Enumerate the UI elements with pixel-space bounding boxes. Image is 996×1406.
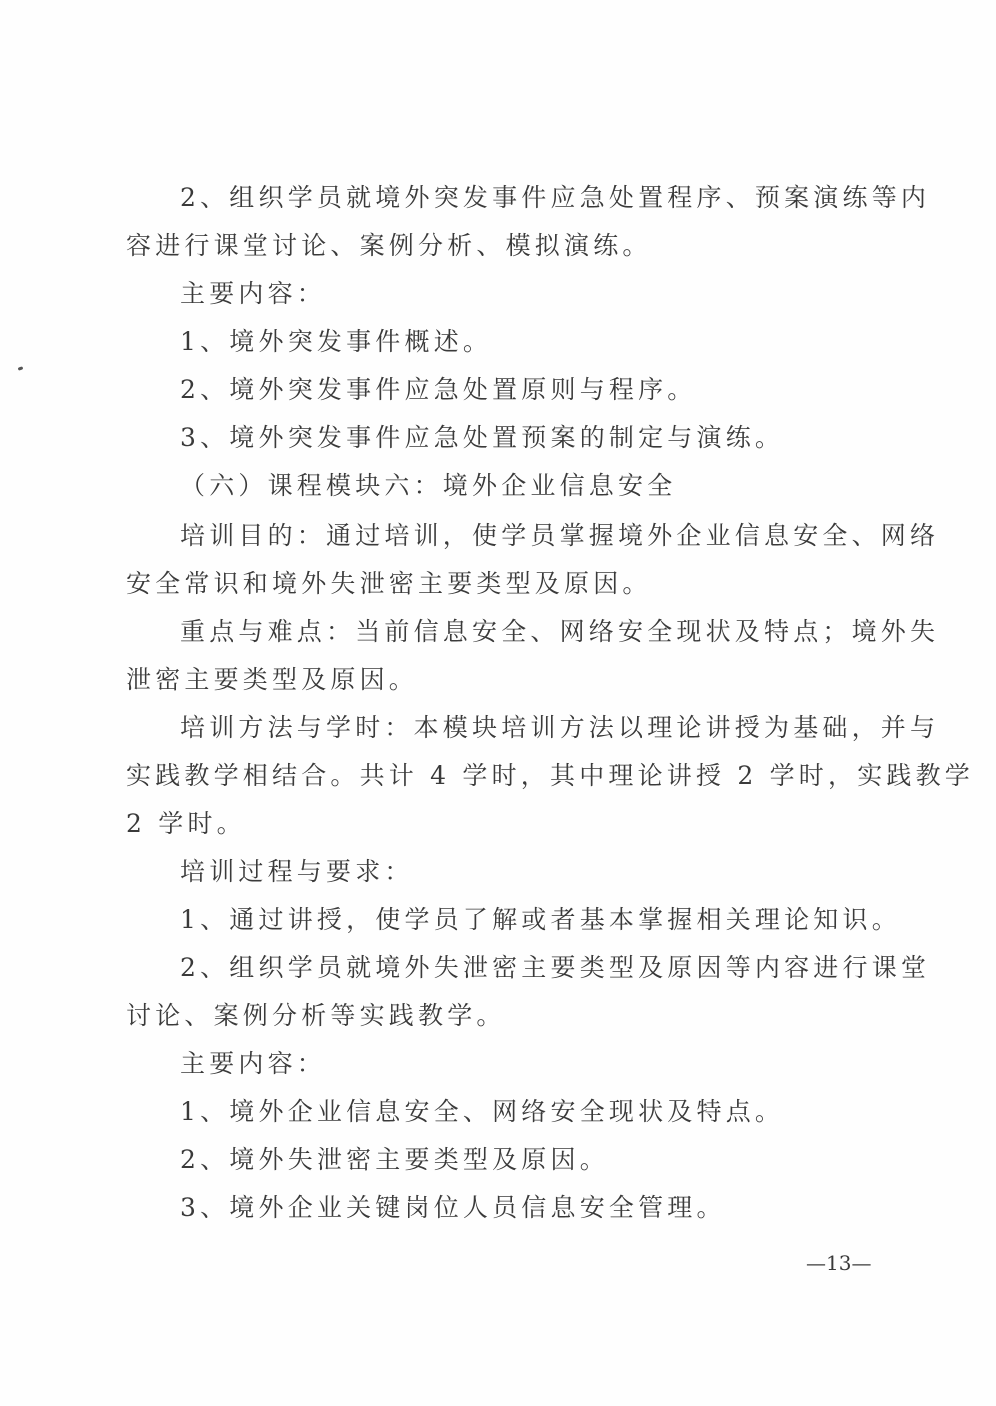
- text-line: 主要内容：: [180, 279, 326, 309]
- text-line: 2、组织学员就境外失泄密主要类型及原因等内容进行课堂: [180, 953, 930, 983]
- scan-artifact-mark: [18, 366, 24, 371]
- text-line: 1、境外突发事件概述。: [180, 327, 492, 357]
- text-line: 泄密主要类型及原因。: [126, 665, 418, 695]
- text-line: 讨论、案例分析等实践教学。: [126, 1001, 506, 1031]
- text-line: 重点与难点：当前信息安全、网络安全现状及特点；境外失: [180, 617, 939, 647]
- text-line: 培训过程与要求：: [180, 857, 414, 887]
- text-line: 1、通过讲授，使学员了解或者基本掌握相关理论知识。: [180, 905, 901, 935]
- text-line: 3、境外突发事件应急处置预案的制定与演练。: [180, 423, 784, 453]
- text-line: 2、境外失泄密主要类型及原因。: [180, 1145, 609, 1175]
- text-line: 1、境外企业信息安全、网络安全现状及特点。: [180, 1097, 784, 1127]
- text-line: 2、境外突发事件应急处置原则与程序。: [180, 375, 697, 405]
- text-line: （六）课程模块六：境外企业信息安全: [180, 471, 676, 501]
- text-line: 2 学时。: [126, 809, 246, 839]
- text-line: 2、组织学员就境外突发事件应急处置程序、预案演练等内: [180, 183, 930, 213]
- text-line: 安全常识和境外失泄密主要类型及原因。: [126, 569, 652, 599]
- text-line: 容进行课堂讨论、案例分析、模拟演练。: [126, 231, 652, 261]
- text-line: 实践教学相结合。共计 4 学时，其中理论讲授 2 学时，实践教学: [126, 761, 974, 791]
- page-number: —13—: [806, 1250, 871, 1276]
- document-page: 2、组织学员就境外突发事件应急处置程序、预案演练等内容进行课堂讨论、案例分析、模…: [0, 0, 996, 1406]
- text-line: 主要内容：: [180, 1049, 326, 1079]
- text-line: 培训目的：通过培训，使学员掌握境外企业信息安全、网络: [180, 521, 939, 551]
- text-line: 3、境外企业关键岗位人员信息安全管理。: [180, 1193, 726, 1223]
- text-line: 培训方法与学时：本模块培训方法以理论讲授为基础，并与: [180, 713, 939, 743]
